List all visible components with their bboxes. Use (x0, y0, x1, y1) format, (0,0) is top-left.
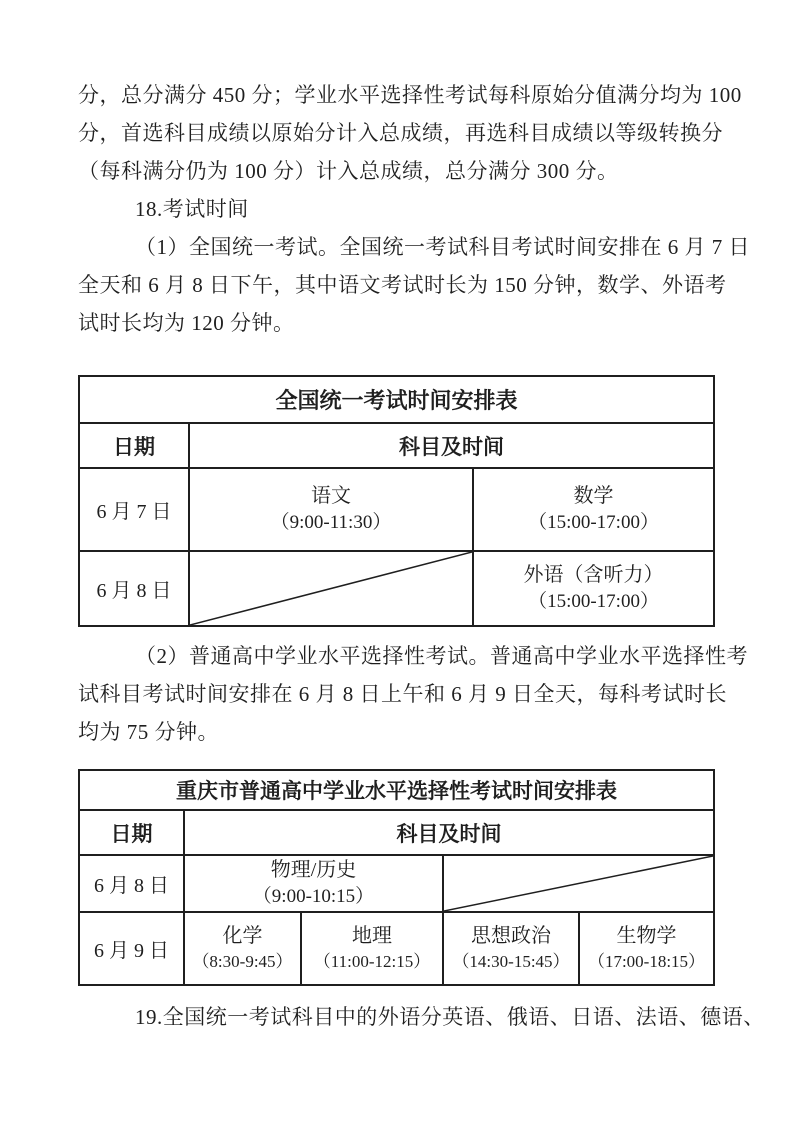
paragraph-line: 全天和 6 月 8 日下午，其中语文考试时长为 150 分钟，数学、外语考 (78, 266, 713, 304)
paragraph-national-exam: （1）全国统一考试。全国统一考试科目考试时间安排在 6 月 7 日 全天和 6 … (78, 228, 713, 342)
table-header-row: 日期 科目及时间 (79, 810, 714, 855)
paragraph-scores: 分，总分满分 450 分；学业水平选择性考试每科原始分值满分均为 100 分，首… (78, 76, 713, 190)
heading-exam-time: 18.考试时间 (78, 190, 713, 228)
table-header-row: 日期 科目及时间 (79, 423, 714, 468)
paragraph-line: （每科满分仍为 100 分）计入总成绩，总分满分 300 分。 (78, 152, 713, 190)
column-header-date: 日期 (79, 810, 184, 855)
empty-cell-diagonal (189, 551, 473, 626)
time-label: （15:00-17:00） (474, 510, 713, 536)
date-cell: 6 月 8 日 (79, 551, 189, 626)
table-title: 全国统一考试时间安排表 (79, 376, 714, 423)
time-label: （15:00-17:00） (474, 589, 713, 615)
exam-cell-politics: 思想政治 （14:30-15:45） (443, 912, 579, 985)
column-header-date: 日期 (79, 423, 189, 468)
subject-label: 数学 (474, 483, 713, 510)
exam-cell-biology: 生物学 （17:00-18:15） (579, 912, 714, 985)
paragraph-line: 试科目考试时间安排在 6 月 8 日上午和 6 月 9 日全天，每科考试时长 (78, 675, 713, 713)
time-label: （11:00-12:15） (302, 949, 442, 975)
date-cell: 6 月 9 日 (79, 912, 184, 985)
paragraph-line: 分，首选科目成绩以原始分计入总成绩，再选科目成绩以等级转换分 (78, 114, 713, 152)
table-row: 6 月 9 日 化学 （8:30-9:45） 地理 （11:00-12:15） … (79, 912, 714, 985)
paragraph-foreign-languages: 19.全国统一考试科目中的外语分英语、俄语、日语、法语、德语、 (78, 998, 713, 1036)
exam-cell-chinese: 语文 （9:00-11:30） (189, 468, 473, 551)
time-label: （9:00-11:30） (190, 510, 472, 536)
exam-cell-geography: 地理 （11:00-12:15） (301, 912, 443, 985)
exam-cell-chemistry: 化学 （8:30-9:45） (184, 912, 301, 985)
table-title-row: 重庆市普通高中学业水平选择性考试时间安排表 (79, 770, 714, 810)
column-header-subject-time: 科目及时间 (189, 423, 714, 468)
date-cell: 6 月 7 日 (79, 468, 189, 551)
date-cell: 6 月 8 日 (79, 855, 184, 912)
table-title: 重庆市普通高中学业水平选择性考试时间安排表 (79, 770, 714, 810)
subject-label: 化学 (185, 923, 300, 949)
subject-label: 外语（含听力） (474, 562, 713, 589)
subject-label: 生物学 (580, 923, 713, 949)
table-row: 6 月 8 日 外语（含听力） （15:00-17:00） (79, 551, 714, 626)
table-row: 6 月 8 日 物理/历史 （9:00-10:15） (79, 855, 714, 912)
diagonal-slash-icon (190, 552, 472, 625)
paragraph-line: （1）全国统一考试。全国统一考试科目考试时间安排在 6 月 7 日 (78, 228, 713, 266)
paragraph-line: 均为 75 分钟。 (78, 713, 713, 751)
exam-cell-physics-history: 物理/历史 （9:00-10:15） (184, 855, 443, 912)
subject-label: 地理 (302, 923, 442, 949)
paragraph-line: 分，总分满分 450 分；学业水平选择性考试每科原始分值满分均为 100 (78, 76, 713, 114)
column-header-subject-time: 科目及时间 (184, 810, 714, 855)
document-page: 分，总分满分 450 分；学业水平选择性考试每科原始分值满分均为 100 分，首… (0, 0, 793, 1122)
time-label: （8:30-9:45） (185, 949, 300, 975)
subject-label: 思想政治 (444, 923, 578, 949)
chongqing-selective-exam-schedule-table: 重庆市普通高中学业水平选择性考试时间安排表 日期 科目及时间 6 月 8 日 物… (78, 769, 715, 986)
time-label: （9:00-10:15） (185, 884, 442, 910)
table-row: 6 月 7 日 语文 （9:00-11:30） 数学 （15:00-17:00） (79, 468, 714, 551)
national-exam-schedule-table: 全国统一考试时间安排表 日期 科目及时间 6 月 7 日 语文 （9:00-11… (78, 375, 715, 627)
time-label: （14:30-15:45） (444, 949, 578, 975)
exam-cell-foreign-language: 外语（含听力） （15:00-17:00） (473, 551, 714, 626)
time-label: （17:00-18:15） (580, 949, 713, 975)
paragraph-selective-exam: （2）普通高中学业水平选择性考试。普通高中学业水平选择性考 试科目考试时间安排在… (78, 637, 713, 751)
table-title-row: 全国统一考试时间安排表 (79, 376, 714, 423)
paragraph-line: （2）普通高中学业水平选择性考试。普通高中学业水平选择性考 (78, 637, 713, 675)
empty-cell-diagonal (443, 855, 714, 912)
exam-cell-math: 数学 （15:00-17:00） (473, 468, 714, 551)
page-content: 分，总分满分 450 分；学业水平选择性考试每科原始分值满分均为 100 分，首… (0, 0, 713, 1036)
subject-label: 语文 (190, 483, 472, 510)
diagonal-slash-icon (444, 856, 713, 911)
subject-label: 物理/历史 (185, 857, 442, 884)
paragraph-line: 试时长均为 120 分钟。 (78, 304, 713, 342)
